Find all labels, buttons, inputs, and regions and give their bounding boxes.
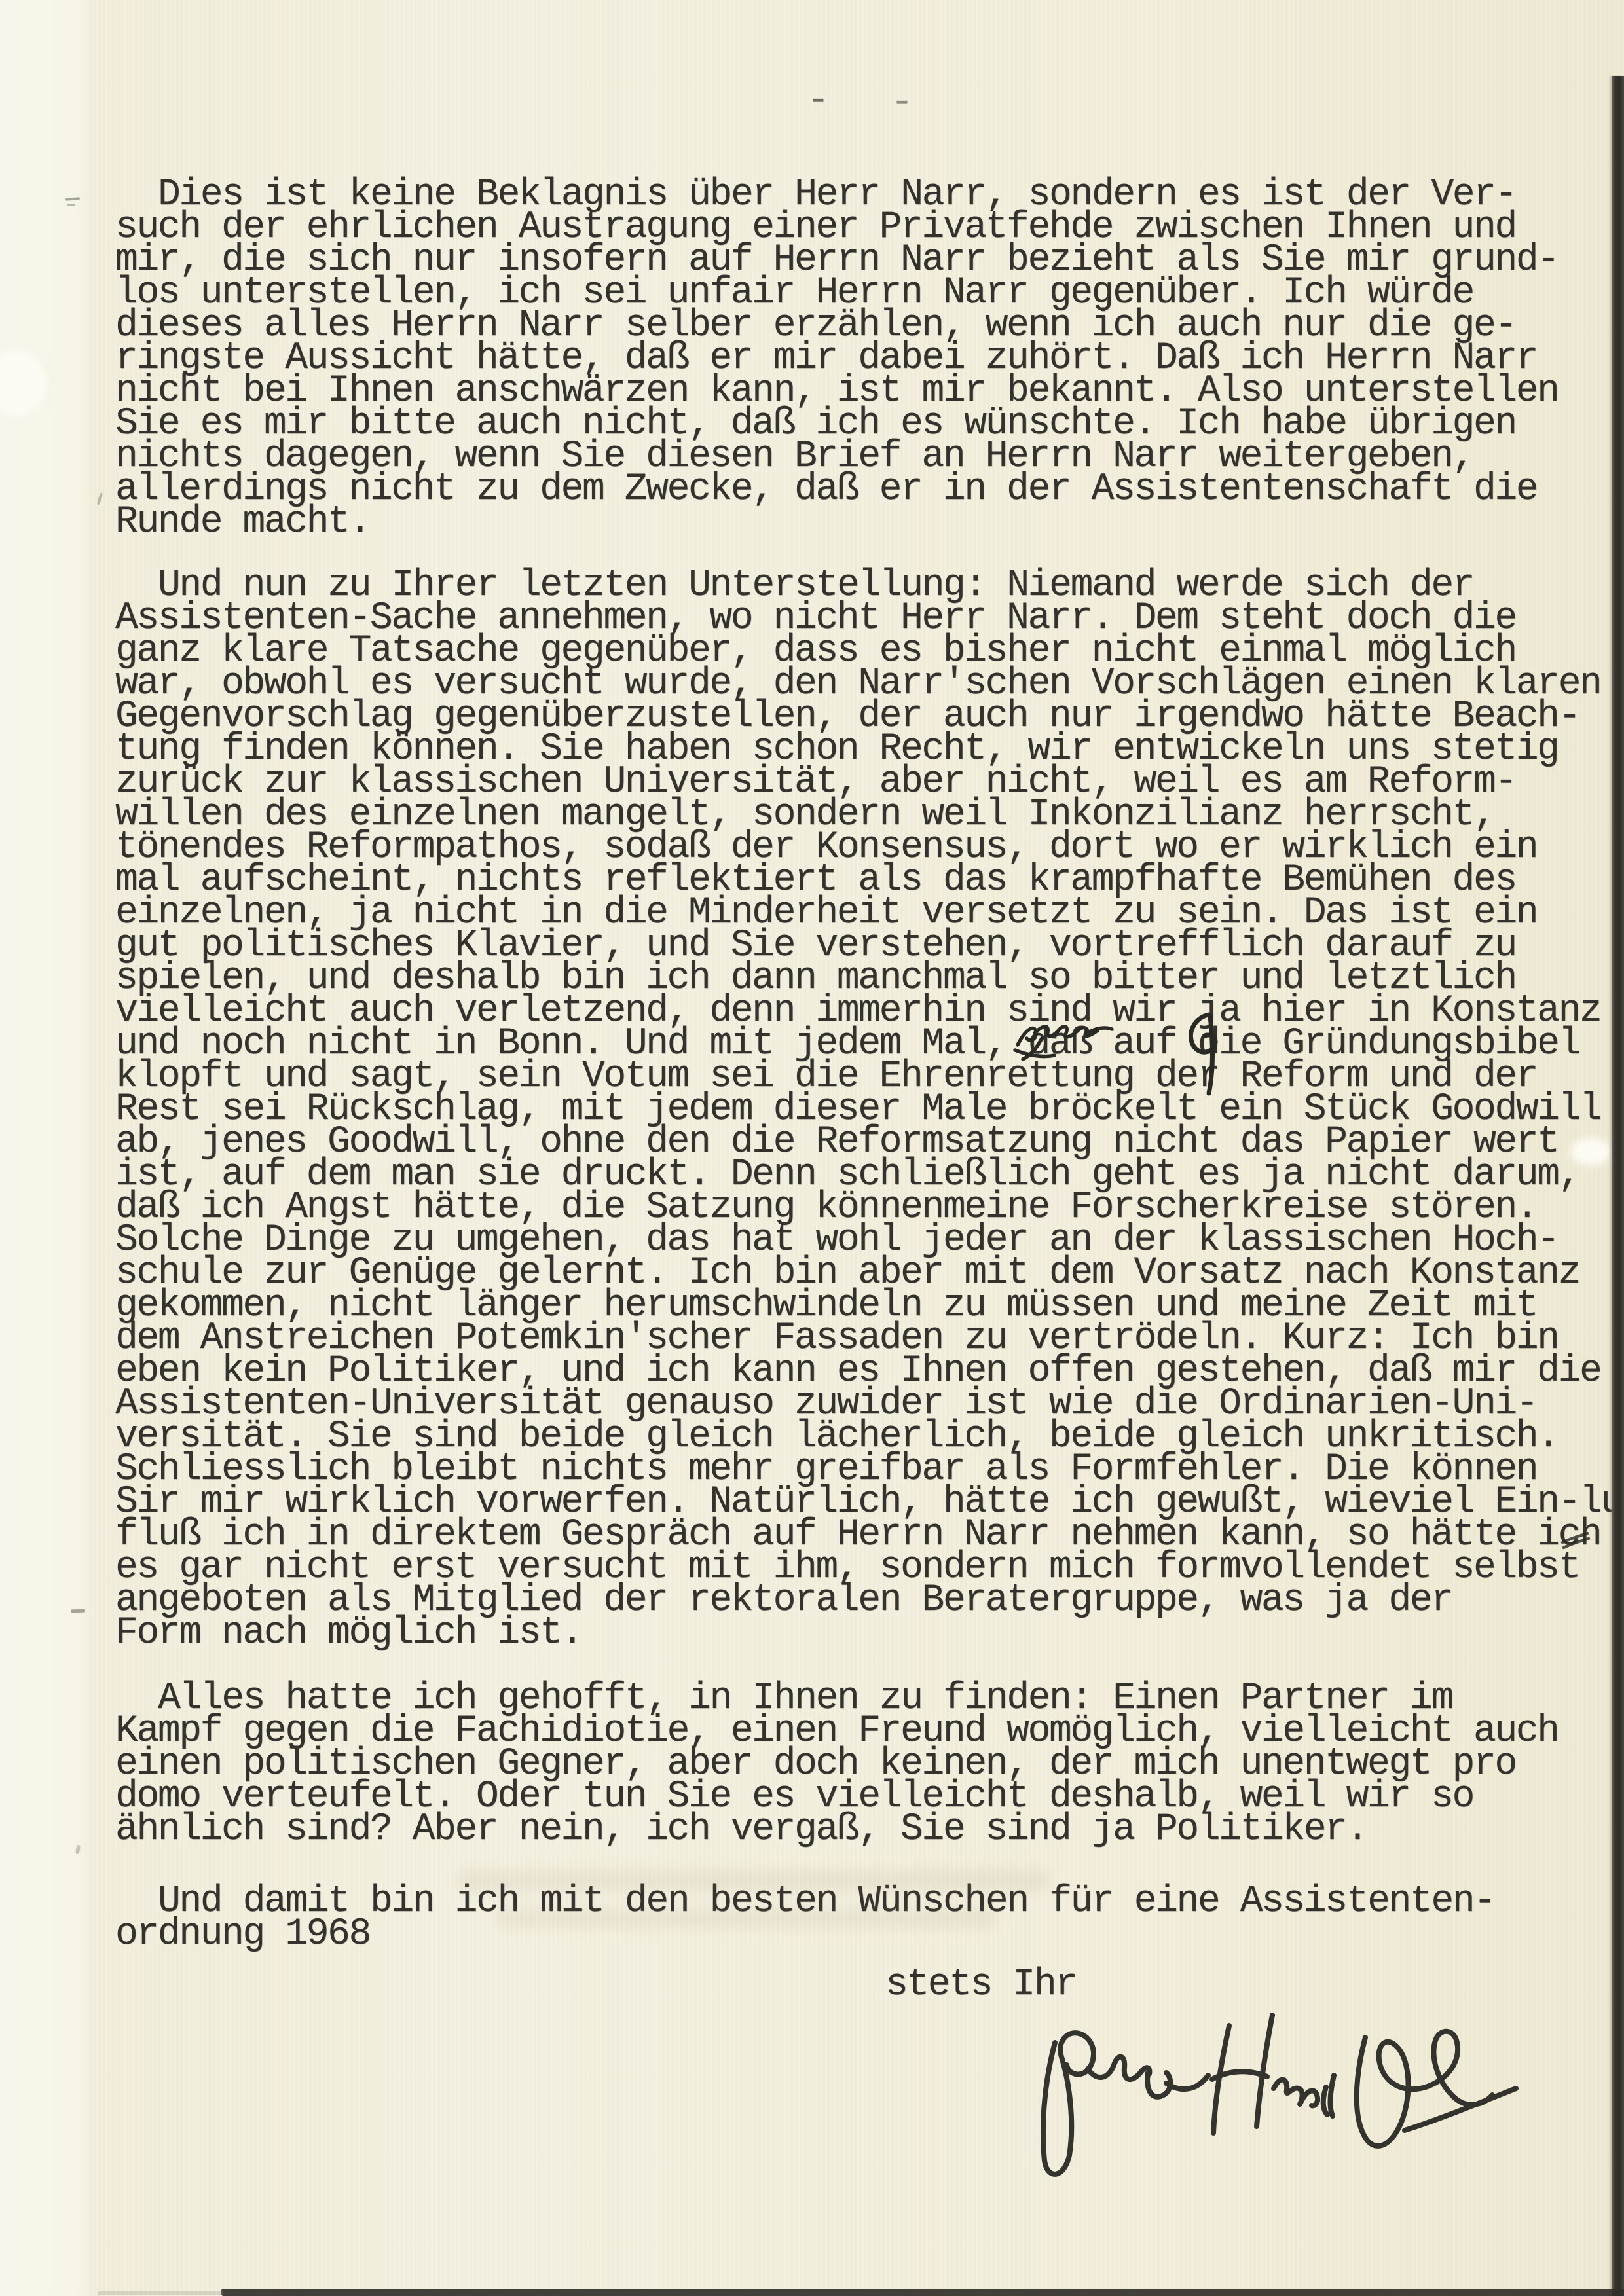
paragraph-3: Alles hatte ich gehofft, in Ihnen zu fin… (115, 1683, 1559, 1846)
handwritten-hyphen-mark (1559, 1525, 1593, 1553)
scan-edge-bottom (221, 2289, 1624, 2296)
print-through-ghost (458, 1869, 1048, 1891)
scan-edge-bottom-faint (98, 2291, 223, 2295)
paper-blotch (0, 350, 46, 416)
handwritten-insertion-mark (1008, 999, 1126, 1065)
signature-scribble (1012, 1992, 1562, 2195)
letter-page: - - Dies ist keine Beklagnis über Herr N… (0, 0, 1624, 2296)
handwritten-correction-g (1180, 1007, 1232, 1102)
margin-speck (75, 1845, 81, 1855)
margin-speck (71, 1609, 85, 1613)
paper-blotch (1570, 1138, 1611, 1165)
margin-speck (96, 492, 103, 506)
top-fold-mark-left: - (807, 85, 830, 118)
top-fold-mark-right: - (891, 87, 913, 120)
paragraph-2: Und nun zu Ihrer letzten Unterstellung: … (115, 570, 1622, 1650)
paragraph-1: Dies ist keine Beklagnis über Herr Narr,… (115, 179, 1559, 539)
margin-speck (65, 197, 80, 201)
margin-speck (67, 204, 75, 206)
scan-edge-right (1612, 76, 1624, 2296)
print-through-ghost (498, 1908, 995, 1928)
